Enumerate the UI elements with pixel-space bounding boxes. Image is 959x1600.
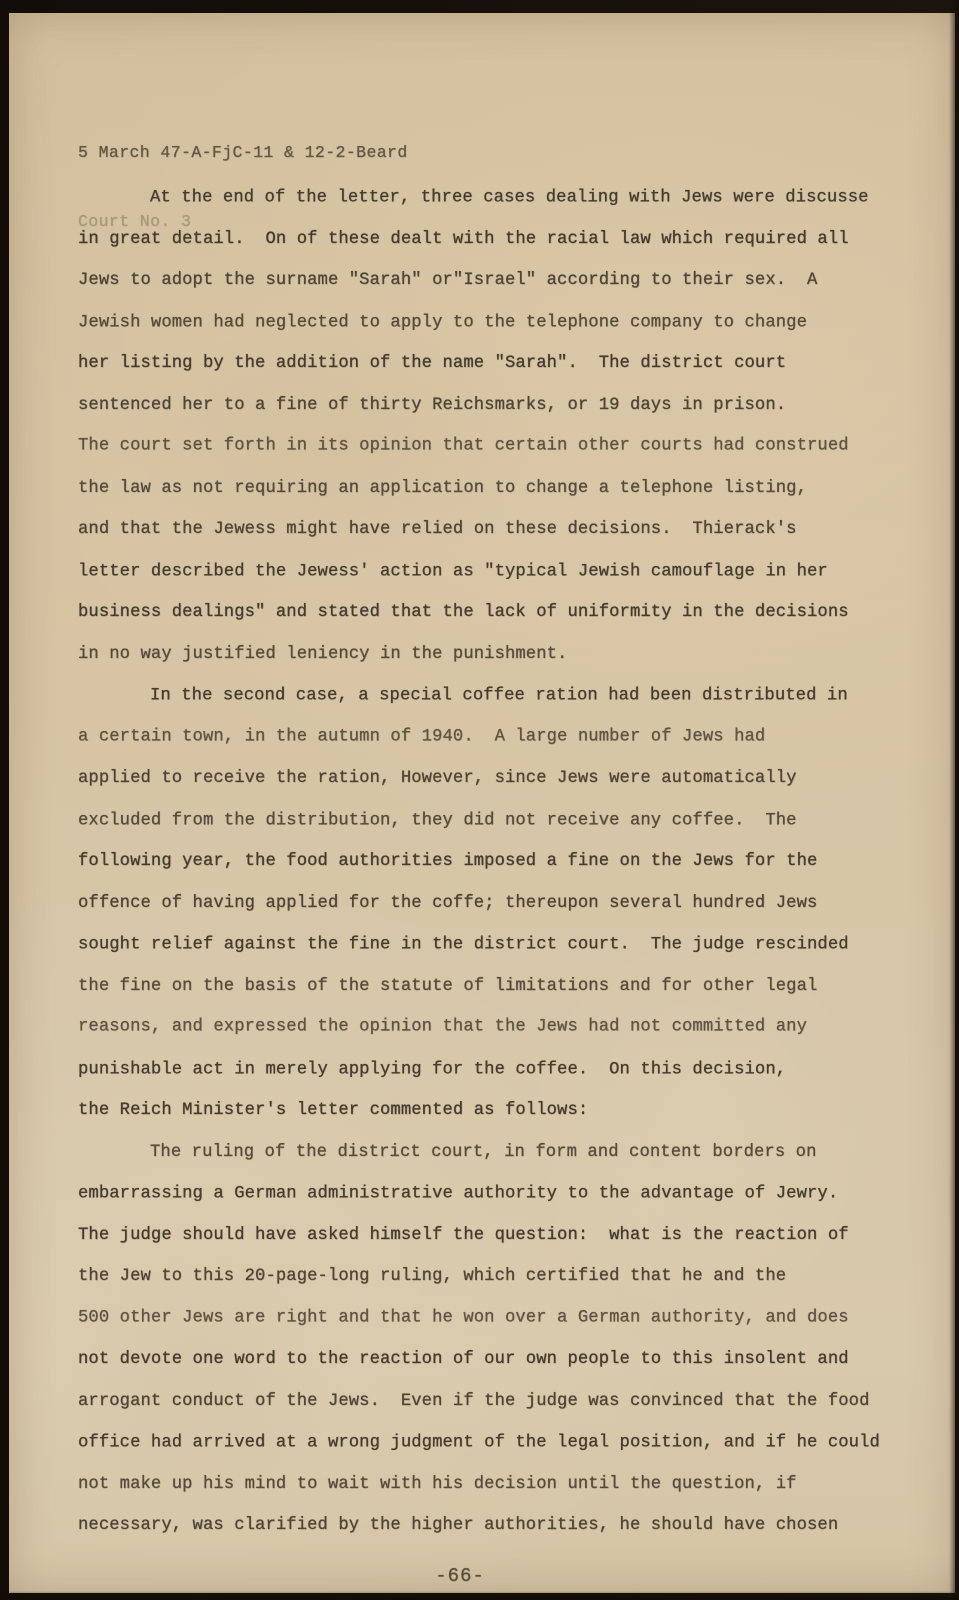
text-line: 500 other Jews are right and that he won… — [78, 1297, 928, 1339]
text-line: not devote one word to the reaction of o… — [78, 1339, 928, 1381]
text-line: The judge should have asked himself the … — [78, 1215, 928, 1257]
text-line: punishable act in merely applying for th… — [78, 1049, 928, 1091]
text-line: office had arrived at a wrong judgment o… — [78, 1422, 928, 1464]
text-line: offence of having applied for the coffe;… — [78, 883, 928, 925]
docket-line: 5 March 47-A-FjC-11 & 12-2-Beard — [78, 141, 408, 164]
text-line: the Jew to this 20-page-long ruling, whi… — [78, 1256, 928, 1298]
text-line: embarrassing a German administrative aut… — [78, 1173, 928, 1215]
text-line: not make up his mind to wait with his de… — [78, 1464, 928, 1506]
page-number: -66- — [0, 1565, 933, 1587]
text-line: applied to receive the ration, However, … — [78, 758, 928, 800]
text-line: and that the Jewess might have relied on… — [78, 509, 928, 551]
text-line: the law as not requiring an application … — [78, 468, 928, 510]
text-line: reasons, and expressed the opinion that … — [78, 1007, 928, 1049]
text-line: The ruling of the district court, in for… — [78, 1132, 928, 1174]
document-body: At the end of the letter, three cases de… — [78, 177, 928, 1547]
text-line: In the second case, a special coffee rat… — [78, 675, 928, 717]
text-line: The court set forth in its opinion that … — [78, 426, 928, 468]
text-line: the Reich Minister's letter commented as… — [78, 1090, 928, 1132]
text-line: her listing by the addition of the name … — [78, 343, 928, 385]
text-line: letter described the Jewess' action as "… — [78, 551, 928, 593]
text-line: arrogant conduct of the Jews. Even if th… — [78, 1381, 928, 1423]
text-line: Jewish women had neglected to apply to t… — [78, 302, 928, 344]
paper: 5 March 47-A-FjC-11 & 12-2-Beard Court N… — [9, 13, 955, 1593]
text-line: a certain town, in the autumn of 1940. A… — [78, 716, 928, 758]
text-line: following year, the food authorities imp… — [78, 841, 928, 883]
text-line: sought relief against the fine in the di… — [78, 924, 928, 966]
text-line: Jews to adopt the surname "Sarah" or"Isr… — [78, 260, 928, 302]
text-line: business dealings" and stated that the l… — [78, 592, 928, 634]
text-line: sentenced her to a fine of thirty Reichs… — [78, 385, 928, 427]
text-line: necessary, was clarified by the higher a… — [78, 1505, 928, 1547]
text-line: excluded from the distribution, they did… — [78, 800, 928, 842]
text-line: in no way justified leniency in the puni… — [78, 634, 928, 676]
text-line: in great detail. On of these dealt with … — [78, 219, 928, 261]
text-line: the fine on the basis of the statute of … — [78, 966, 928, 1008]
text-line: At the end of the letter, three cases de… — [78, 177, 928, 219]
